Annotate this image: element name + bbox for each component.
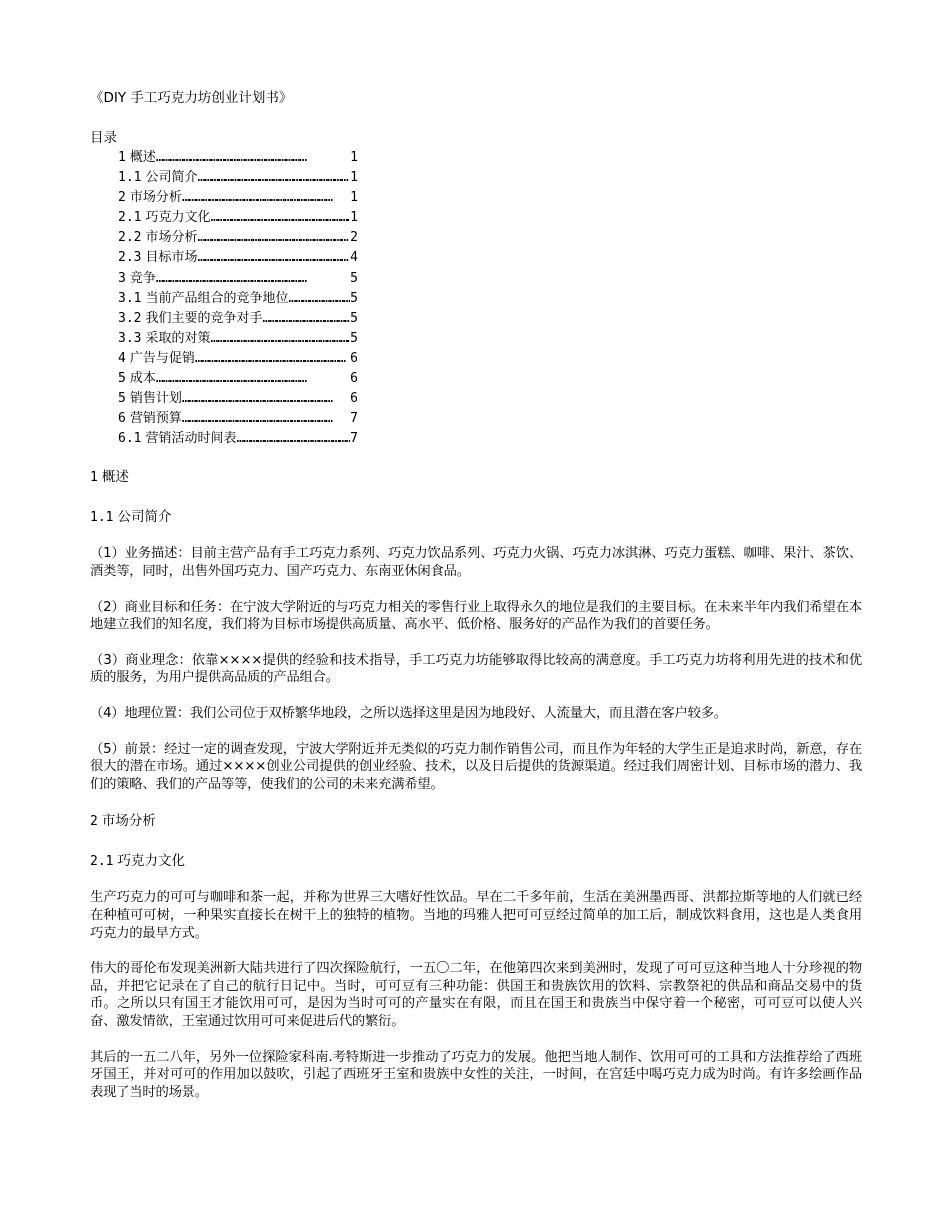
toc-item-number: 6.1 [118,429,141,449]
toc-leader-dots: ………………………………………………………… [289,289,351,309]
toc-item-page: 5 [350,309,358,329]
toc-item[interactable]: 1概述…………………………………………………………1 [118,148,358,168]
toc-leader-dots: ………………………………………………………… [211,329,351,349]
toc-item-page: 6 [350,369,358,389]
toc-item-number: 2.3 [118,248,141,268]
toc-item-number: 3 [118,269,126,289]
toc-leader-dots: ………………………………………………………… [263,309,351,329]
toc-item-page: 7 [350,429,358,449]
section-number: 1 [90,470,98,485]
paragraph-columbus: 伟大的哥伦布发现美洲新大陆共进行了四次探险航行，一五〇二年，在他第四次来到美洲时… [90,960,862,1030]
section-heading-market-analysis: 2市场分析 [90,811,862,831]
toc-leader-dots: ………………………………………………………… [211,208,351,228]
paragraph-cocoa-origin: 生产巧克力的可可与咖啡和茶一起，并称为世界三大嗜好性饮品。早在二千多年前，生活在… [90,889,862,942]
toc-leader-dots: ………………………………………………………… [195,349,350,369]
section-title: 市场分析 [102,813,156,829]
toc-item-number: 1.1 [118,168,141,188]
toc-item-label: 竞争 [130,269,156,289]
toc-item-number: 1 [118,148,126,168]
toc-item-label: 成本 [130,369,156,389]
section-heading-chocolate-culture: 2.1巧克力文化 [90,851,862,871]
toc-leader-dots: ………………………………………………………… [156,269,350,289]
toc-item-page: 1 [350,208,358,228]
toc-item[interactable]: 6营销预算…………………………………………………………7 [118,409,358,429]
toc-item-number: 6 [118,409,126,429]
toc-item-number: 2.1 [118,208,141,228]
paragraph-business-philosophy: （3）商业理念：依靠××××提供的经验和技术指导，手工巧克力坊能够取得比较高的满… [90,652,862,687]
toc-item-number: 2.2 [118,228,141,248]
toc-item[interactable]: 2.2市场分析…………………………………………………………2 [118,228,358,248]
toc-item[interactable]: 3竞争…………………………………………………………5 [118,269,358,289]
table-of-contents: 1概述…………………………………………………………1 1.1公司简介………………… [90,148,862,449]
toc-item-number: 3.3 [118,329,141,349]
toc-item[interactable]: 4广告与促销…………………………………………………………6 [118,349,358,369]
section-title: 概述 [102,469,129,485]
toc-item-page: 6 [350,389,358,409]
toc-item-label: 当前产品组合的竞争地位 [145,289,288,309]
toc-item[interactable]: 3.2我们主要的竞争对手…………………………………………………………5 [118,309,358,329]
toc-item[interactable]: 3.1当前产品组合的竞争地位…………………………………………………………5 [118,289,358,309]
toc-item-page: 2 [350,228,358,248]
toc-item-label: 公司简介 [145,168,197,188]
toc-item-number: 3.2 [118,309,141,329]
toc-item-page: 5 [350,329,358,349]
toc-heading: 目录 [90,128,862,148]
document-page: 《DIY 手工巧克力坊创业计划书》 目录 1概述…………………………………………… [90,88,862,1101]
toc-item-page: 1 [350,168,358,188]
toc-item-page: 7 [350,409,358,429]
toc-item-label: 营销活动时间表 [145,429,236,449]
toc-item-label: 营销预算 [130,409,182,429]
toc-item-label: 巧克力文化 [145,208,210,228]
toc-item[interactable]: 2.3目标市场…………………………………………………………4 [118,248,358,268]
toc-item-page: 4 [350,248,358,268]
toc-item-page: 1 [350,188,358,208]
toc-item-label: 市场分析 [130,188,182,208]
section-title: 巧克力文化 [117,853,185,869]
toc-item-label: 广告与促销 [130,349,195,369]
toc-leader-dots: ………………………………………………………… [182,188,350,208]
toc-item-label: 市场分析 [145,228,197,248]
paragraph-location: （4）地理位置：我们公司位于双桥繁华地段，之所以选择这里是因为地段好、人流量大，… [90,705,862,723]
toc-item-label: 销售计划 [130,389,182,409]
toc-leader-dots: ………………………………………………………… [237,429,351,449]
section-heading-company-profile: 1.1公司简介 [90,507,862,527]
toc-item[interactable]: 6.1营销活动时间表…………………………………………………………7 [118,429,358,449]
document-title: 《DIY 手工巧克力坊创业计划书》 [90,88,862,108]
toc-leader-dots: ………………………………………………………… [198,248,351,268]
toc-item-page: 1 [350,148,358,168]
toc-item-number: 2 [118,188,126,208]
toc-item-number: 5 [118,369,126,389]
toc-item[interactable]: 3.3采取的对策…………………………………………………………5 [118,329,358,349]
toc-leader-dots: ………………………………………………………… [182,409,350,429]
toc-item-page: 5 [350,269,358,289]
toc-item-label: 概述 [130,148,156,168]
toc-item-label: 我们主要的竞争对手 [145,309,262,329]
toc-item-number: 3.1 [118,289,141,309]
toc-item-page: 6 [350,349,358,369]
section-title: 公司简介 [117,509,171,525]
paragraph-cortes: 其后的一五二八年，另外一位探险家科南.考特斯进一步推动了巧克力的发展。他把当地人… [90,1049,862,1102]
toc-leader-dots: ………………………………………………………… [182,389,350,409]
toc-item-page: 5 [350,289,358,309]
toc-leader-dots: ………………………………………………………… [198,228,351,248]
toc-leader-dots: ………………………………………………………… [156,369,350,389]
toc-item-number: 4 [118,349,126,369]
toc-item[interactable]: 5销售计划…………………………………………………………6 [118,389,358,409]
toc-item[interactable]: 5成本…………………………………………………………6 [118,369,358,389]
section-heading-overview: 1概述 [90,467,862,487]
paragraph-business-goals: （2）商业目标和任务：在宁波大学附近的与巧克力相关的零售行业上取得永久的地位是我… [90,599,862,634]
section-number: 2 [90,814,98,829]
toc-item[interactable]: 2市场分析…………………………………………………………1 [118,188,358,208]
section-number: 1.1 [90,510,113,525]
toc-leader-dots: ………………………………………………………… [156,148,350,168]
section-number: 2.1 [90,854,113,869]
toc-item[interactable]: 1.1公司简介…………………………………………………………1 [118,168,358,188]
paragraph-prospects: （5）前景：经过一定的调查发现，宁波大学附近并无类似的巧克力制作销售公司，而且作… [90,741,862,794]
toc-item-number: 5 [118,389,126,409]
paragraph-business-description: （1）业务描述：目前主营产品有手工巧克力系列、巧克力饮品系列、巧克力火锅、巧克力… [90,545,862,580]
toc-item-label: 采取的对策 [145,329,210,349]
toc-leader-dots: ………………………………………………………… [198,168,351,188]
toc-item-label: 目标市场 [145,248,197,268]
toc-item[interactable]: 2.1巧克力文化…………………………………………………………1 [118,208,358,228]
